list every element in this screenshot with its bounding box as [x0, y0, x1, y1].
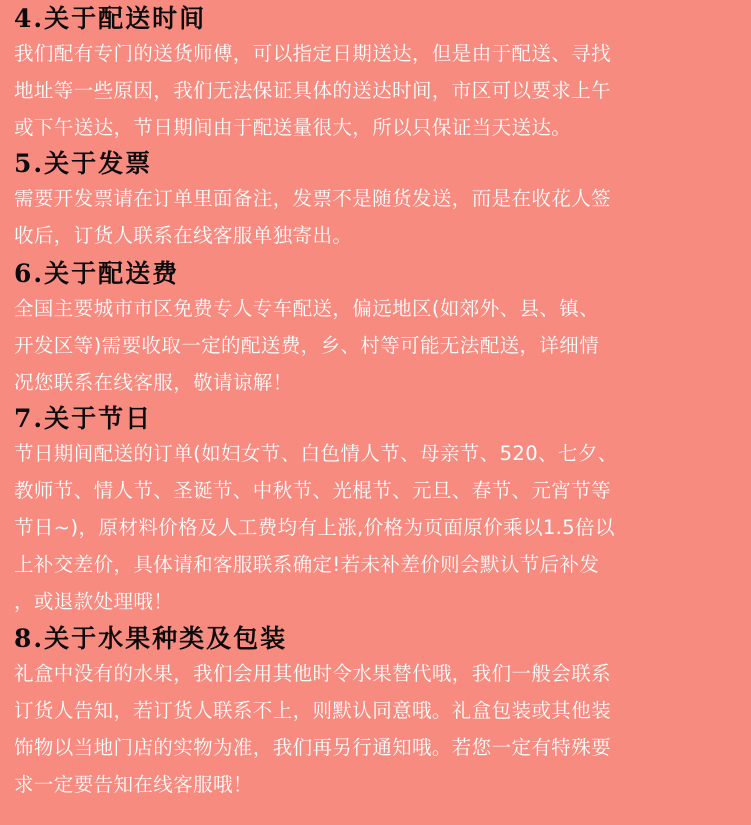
section-body-line: 况您联系在线客服，敬请谅解！ — [14, 364, 744, 401]
section-heading: 5.关于发票 — [14, 148, 744, 180]
notice-page: 4.关于配送时间 我们配有专门的送货师傅，可以指定日期送达，但是由于配送、寻找 … — [0, 0, 751, 825]
section-body-line: 节日期间配送的订单(如妇女节、白色情人节、母亲节、520、七夕、 — [14, 435, 744, 472]
section-body-line: 我们配有专门的送货师傅，可以指定日期送达，但是由于配送、寻找 — [14, 35, 744, 72]
section-body-line: 全国主要城市市区免费专人专车配送，偏远地区(如郊外、县、镇、 — [14, 290, 744, 327]
section-body-line: 饰物以当地门店的实物为准，我们再另行通知哦。若您一定有特殊要 — [14, 729, 744, 766]
section-heading: 7.关于节日 — [14, 403, 744, 435]
section-body-line: 上补交差价，具体请和客服联系确定!若未补差价则会默认节后补发 — [14, 546, 744, 583]
section-body-line: ，或退款处理哦！ — [14, 583, 744, 620]
section-body-line: 教师节、情人节、圣诞节、中秋节、光棍节、元旦、春节、元宵节等 — [14, 472, 744, 509]
section-body-line: 地址等一些原因，我们无法保证具体的送达时间，市区可以要求上午 — [14, 72, 744, 109]
section-body-line: 订货人告知，若订货人联系不上，则默认同意哦。礼盒包装或其他装 — [14, 692, 744, 729]
section-heading: 6.关于配送费 — [14, 258, 744, 290]
section-fruit-and-packaging: 8.关于水果种类及包装 礼盒中没有的水果，我们会用其他时令水果替代哦，我们一般会… — [14, 623, 744, 803]
section-delivery-fee: 6.关于配送费 全国主要城市市区免费专人专车配送，偏远地区(如郊外、县、镇、 开… — [14, 258, 744, 401]
section-body-line: 开发区等)需要收取一定的配送费，乡、村等可能无法配送，详细情 — [14, 327, 744, 364]
section-body-line: 节日~)，原材料价格及人工费均有上涨,价格为页面原价乘以1.5倍以 — [14, 509, 744, 546]
section-holidays: 7.关于节日 节日期间配送的订单(如妇女节、白色情人节、母亲节、520、七夕、 … — [14, 403, 744, 620]
section-body-line: 需要开发票请在订单里面备注，发票不是随货发送，而是在收花人签 — [14, 180, 744, 217]
section-body-line: 或下午送达，节日期间由于配送量很大，所以只保证当天送达。 — [14, 109, 744, 146]
section-delivery-time: 4.关于配送时间 我们配有专门的送货师傅，可以指定日期送达，但是由于配送、寻找 … — [14, 3, 744, 146]
section-invoice: 5.关于发票 需要开发票请在订单里面备注，发票不是随货发送，而是在收花人签 收后… — [14, 148, 744, 254]
section-heading: 8.关于水果种类及包装 — [14, 623, 744, 655]
section-body-line: 收后，订货人联系在线客服单独寄出。 — [14, 217, 744, 254]
section-heading: 4.关于配送时间 — [14, 3, 744, 35]
section-body-line: 求一定要告知在线客服哦！ — [14, 766, 744, 803]
section-body-line: 礼盒中没有的水果，我们会用其他时令水果替代哦，我们一般会联系 — [14, 655, 744, 692]
